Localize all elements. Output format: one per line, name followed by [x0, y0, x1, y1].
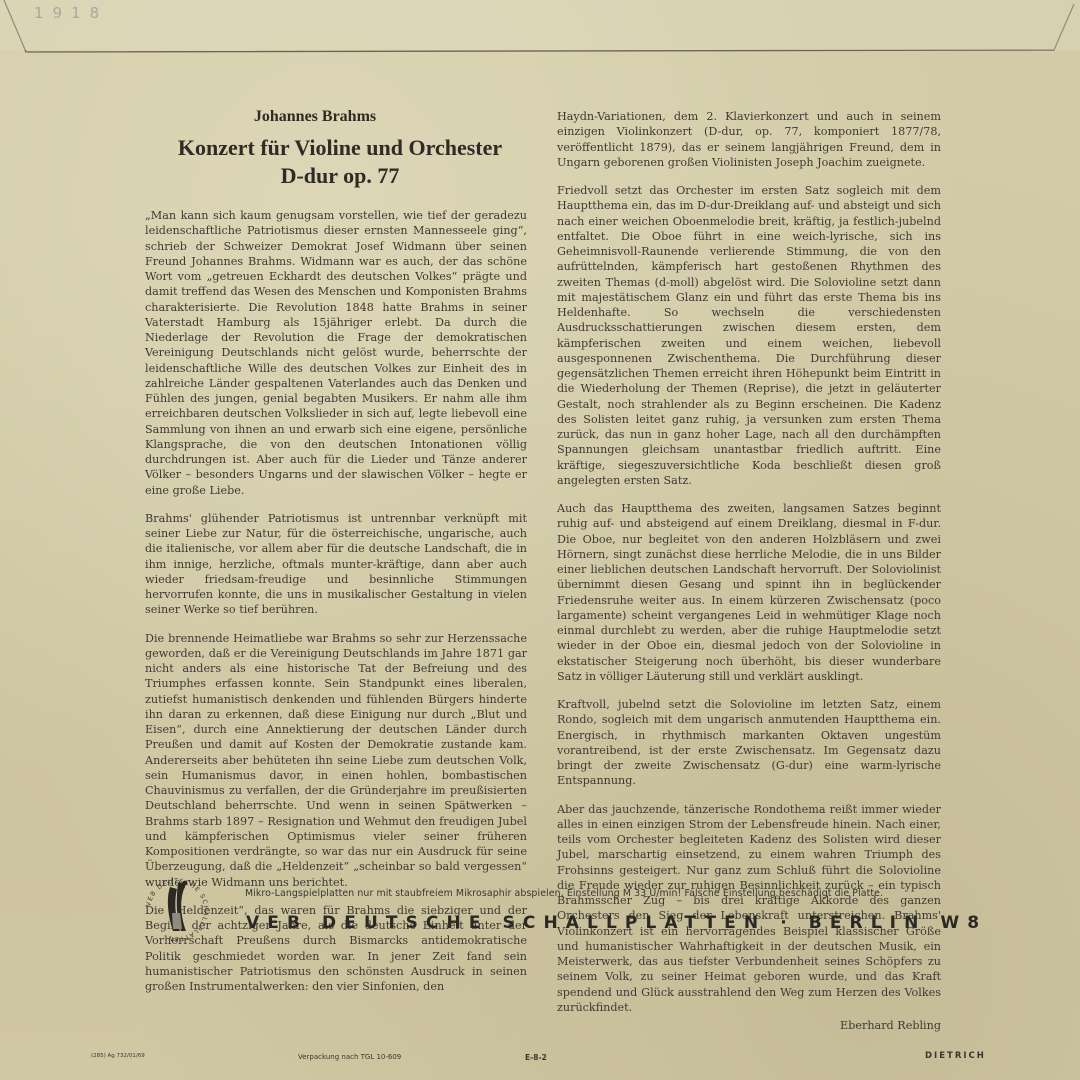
paragraph: Die brennende Heimatliebe war Brahms so … — [145, 631, 527, 890]
paragraph: Brahms' glühender Patriotismus ist untre… — [145, 511, 527, 618]
record-label-name: VEB DEUTSCHE SCHALLPLATTEN · BERLIN W8 — [246, 913, 987, 933]
title-block: Johannes Brahms Konzert für Violine und … — [140, 108, 540, 190]
work-title-line-1: Konzert für Violine und Orchester — [140, 134, 540, 162]
composer-name: Johannes Brahms — [90, 108, 540, 126]
paragraph: Friedvoll setzt das Orchester im ersten … — [557, 183, 941, 488]
sleeve-flap-edge — [0, 0, 1080, 55]
playback-warning: Mikro-Langspielplatten nur mit staubfrei… — [245, 888, 883, 899]
work-title-line-2: D-dur op. 77 — [140, 162, 540, 190]
packaging-note: Verpackung nach TGL 10-609 — [298, 1053, 401, 1061]
paragraph: Auch das Hauptthema des zweiten, langsam… — [557, 501, 941, 684]
paragraph: Aber das jauchzende, tänzerische Rondoth… — [557, 802, 941, 1016]
author-signature: Eberhard Rebling — [557, 1018, 941, 1033]
catalog-code: E-8-2 — [525, 1053, 547, 1062]
printer-name: DIETRICH — [925, 1051, 986, 1061]
paragraph: Kraftvoll, jubelnd setzt die Solovioline… — [557, 697, 941, 789]
veb-deutsche-schallplatten-logo-icon: VEB DEUTSCHE SCHALLPLATTEN — [140, 873, 214, 947]
print-code: (285) Ag 732/01/69 — [91, 1053, 145, 1059]
work-title: Konzert für Violine und Orchester D-dur … — [140, 134, 540, 190]
paragraph: Haydn-Variationen, dem 2. Klavierkonzert… — [557, 109, 941, 170]
paragraph: „Man kann sich kaum genugsam vorstellen,… — [145, 208, 527, 498]
handwritten-number: 1918 — [34, 4, 108, 22]
